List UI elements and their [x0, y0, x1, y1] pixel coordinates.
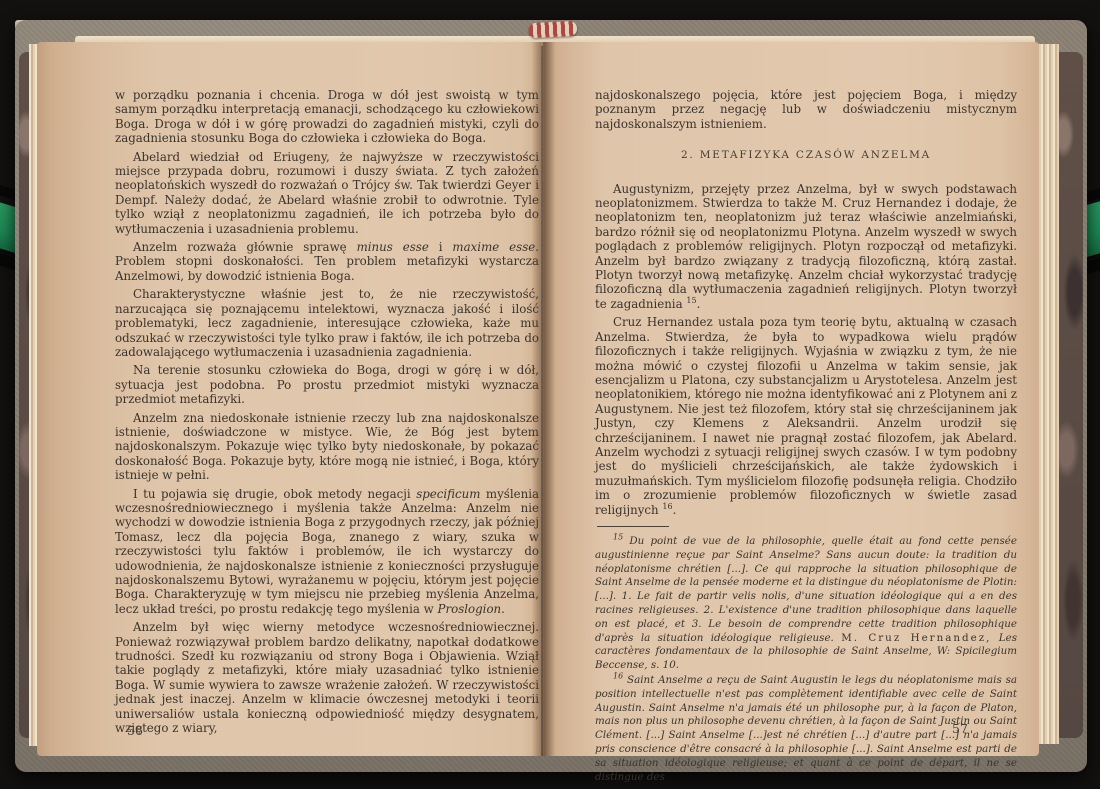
- book-spread: w porządku poznania i chcenia. Droga w d…: [15, 20, 1087, 772]
- paragraph: I tu pojawia się drugie, obok metody neg…: [115, 487, 539, 617]
- paragraph: Anzelm był więc wierny metodyce wczesnoś…: [115, 620, 539, 735]
- headband: [529, 21, 578, 38]
- paragraph: w porządku poznania i chcenia. Droga w d…: [115, 88, 539, 146]
- left-page-text: w porządku poznania i chcenia. Droga w d…: [115, 88, 539, 739]
- page-number-left: 56: [127, 723, 143, 738]
- paragraph: Charakterystyczne właśnie jest to, że ni…: [115, 287, 539, 359]
- paragraph: Cruz Hernandez ustala poza tym teorię by…: [595, 315, 1017, 517]
- book-gutter: [531, 42, 555, 756]
- paragraph: 15 Du point de vue de la philosophie, qu…: [595, 535, 1017, 673]
- paragraph: najdoskonalszego pojęcia, które jest poj…: [595, 88, 1017, 131]
- paragraph: Na terenie stosunku człowieka do Boga, d…: [115, 363, 539, 406]
- right-page: najdoskonalszego pojęcia, które jest poj…: [543, 42, 1039, 756]
- right-page-intro: najdoskonalszego pojęcia, które jest poj…: [595, 88, 1017, 131]
- paragraph: Abelard wiedział od Eriugeny, że najwyżs…: [115, 150, 539, 236]
- paragraph: Anzelm zna niedoskonałe istnienie rzeczy…: [115, 411, 539, 483]
- marbled-cover-right: [1055, 52, 1083, 738]
- footnotes: 15 Du point de vue de la philosophie, qu…: [595, 535, 1017, 784]
- paragraph: Augustynizm, przejęty przez Anzelma, był…: [595, 182, 1017, 312]
- footnote-divider: [597, 526, 669, 527]
- left-page: w porządku poznania i chcenia. Droga w d…: [37, 42, 541, 756]
- paragraph: Anzelm rozważa głównie sprawę minus esse…: [115, 240, 539, 283]
- page-number-right: 57: [952, 721, 968, 736]
- right-page-text: najdoskonalszego pojęcia, które jest poj…: [595, 88, 1017, 785]
- right-page-body: Augustynizm, przejęty przez Anzelma, był…: [595, 182, 1017, 517]
- section-heading: 2. METAFIZYKA CZASÓW ANZELMA: [595, 148, 1017, 162]
